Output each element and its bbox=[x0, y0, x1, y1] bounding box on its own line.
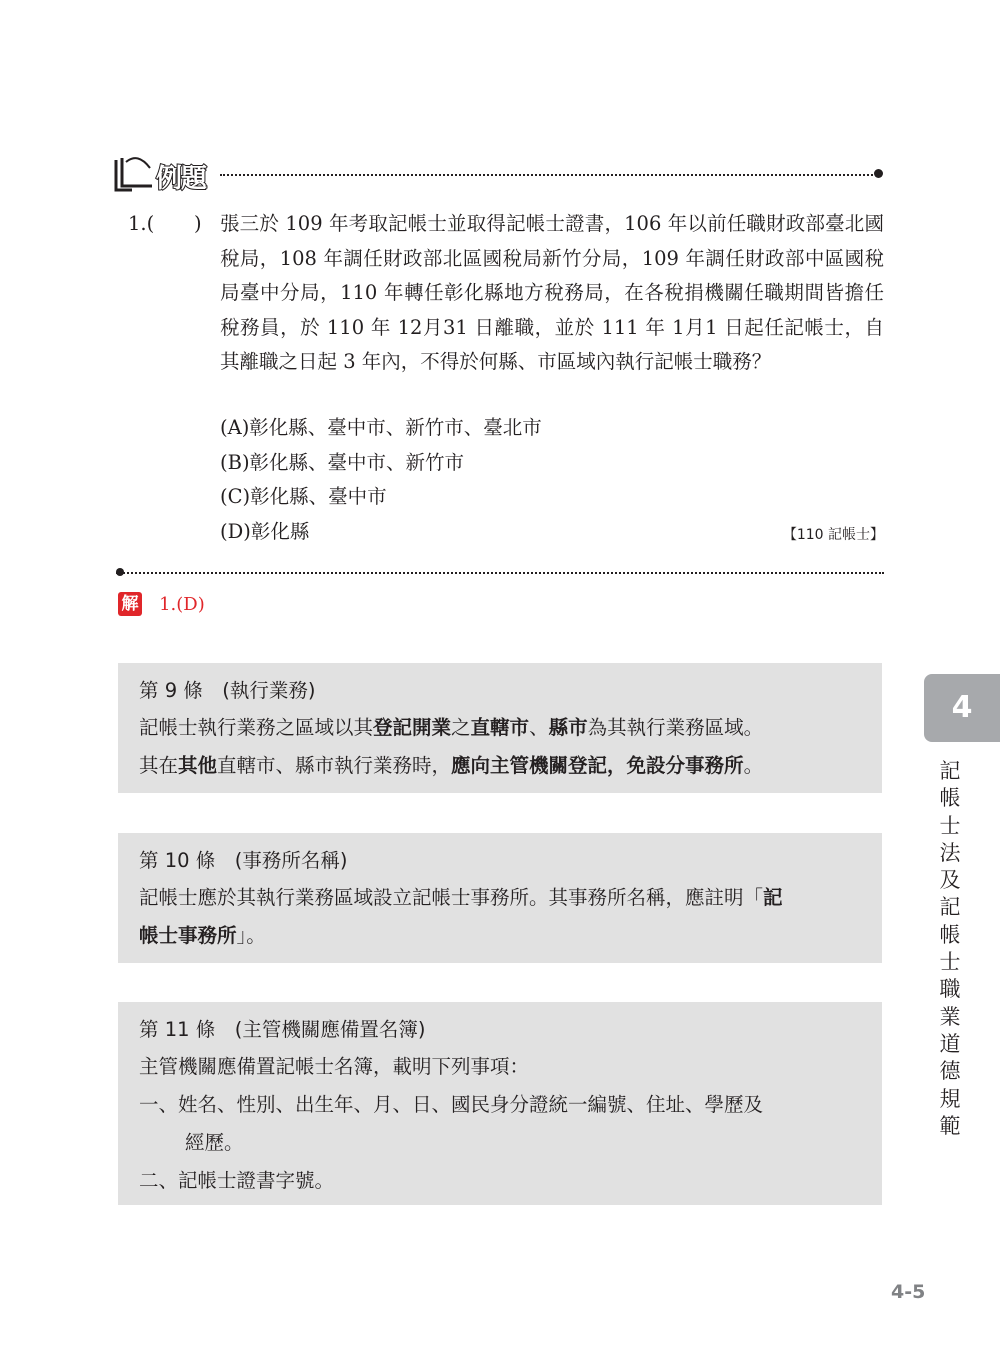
article-9-box: 第 9 條 (執行業務) 記帳士執行業務之區域以其登記開業之直轄市、縣市為其執行… bbox=[118, 663, 882, 793]
article-item-1: 一、姓名、性別、出生年、月、日、國民身分證統一編號、住址、學歷及 bbox=[139, 1086, 862, 1124]
bold-run: 應向主管機關登記，免設分事務所 bbox=[451, 754, 744, 777]
bold-run: 其他 bbox=[178, 754, 217, 777]
text-run: 。 bbox=[744, 754, 764, 777]
bold-run: 登記開業 bbox=[373, 716, 451, 739]
text-run: 」。 bbox=[237, 924, 266, 947]
rule-end-dot bbox=[874, 169, 883, 178]
page-number: 4-5 bbox=[891, 1281, 925, 1303]
text-run: 之 bbox=[451, 716, 471, 739]
question-source: 【110 記帳士】 bbox=[783, 518, 884, 553]
article-heading: 第 11 條 (主管機關應備置名簿) bbox=[139, 1014, 862, 1046]
text-run: 為其執行業務區域。 bbox=[588, 716, 764, 739]
option-b: (B)彰化縣、臺中市、新竹市 bbox=[220, 446, 884, 481]
question-number: 1.( bbox=[128, 207, 154, 242]
bold-run: 直轄市 bbox=[471, 716, 530, 739]
dotted-rule bbox=[220, 174, 877, 176]
text-run: 其在 bbox=[139, 754, 178, 777]
text-run: 、 bbox=[529, 716, 549, 739]
article-line: 記帳士應於其執行業務區域設立記帳士事務所。其事務所名稱，應註明「記 bbox=[139, 879, 862, 917]
dotted-divider bbox=[116, 572, 884, 574]
text-run: 記帳士應於其執行業務區域設立記帳士事務所。其事務所名稱，應註明「 bbox=[139, 886, 763, 909]
article-line: 其在其他直轄市、縣市執行業務時，應向主管機關登記，免設分事務所。 bbox=[139, 747, 862, 785]
option-a: (A)彰化縣、臺中市、新竹市、臺北市 bbox=[220, 411, 884, 446]
answer-blank-close: ) bbox=[194, 207, 202, 242]
text-run: 記帳士執行業務之區域以其 bbox=[139, 716, 373, 739]
example-title: 例題 bbox=[156, 158, 206, 195]
example-header: 例題 bbox=[112, 152, 887, 196]
answer-text: 1.(D) bbox=[159, 594, 205, 615]
article-11-box: 第 11 條 (主管機關應備置名簿) 主管機關應備置記帳士名簿，載明下列事項： … bbox=[118, 1002, 882, 1205]
article-10-box: 第 10 條 (事務所名稱) 記帳士應於其執行業務區域設立記帳士事務所。其事務所… bbox=[118, 833, 882, 963]
answer-badge: 解 bbox=[118, 592, 142, 616]
chapter-tab: 4 bbox=[924, 674, 1000, 742]
article-item-1-cont: 經歷。 bbox=[139, 1124, 862, 1162]
bold-run: 帳士事務所 bbox=[139, 924, 237, 947]
answer-row: 解 1.(D) bbox=[118, 592, 205, 616]
open-book-icon bbox=[112, 154, 160, 194]
article-line: 記帳士執行業務之區域以其登記開業之直轄市、縣市為其執行業務區域。 bbox=[139, 709, 862, 747]
article-intro: 主管機關應備置記帳士名簿，載明下列事項： bbox=[139, 1048, 862, 1086]
bold-run: 縣市 bbox=[549, 716, 588, 739]
text-run: 直轄市、縣市執行業務時， bbox=[217, 754, 451, 777]
article-item-2: 二、記帳士證書字號。 bbox=[139, 1162, 862, 1200]
article-heading: 第 10 條 (事務所名稱) bbox=[139, 845, 862, 877]
question-text: 張三於 109 年考取記帳士並取得記帳士證書，106 年以前任職財政部臺北國稅局… bbox=[220, 207, 884, 380]
chapter-title: 記帳士法及記帳士職業道德規範 bbox=[937, 758, 963, 1140]
bold-run: 記 bbox=[763, 886, 783, 909]
article-line: 帳士事務所」。 bbox=[139, 917, 862, 955]
article-heading: 第 9 條 (執行業務) bbox=[139, 675, 862, 707]
option-c: (C)彰化縣、臺中市 bbox=[220, 480, 884, 515]
